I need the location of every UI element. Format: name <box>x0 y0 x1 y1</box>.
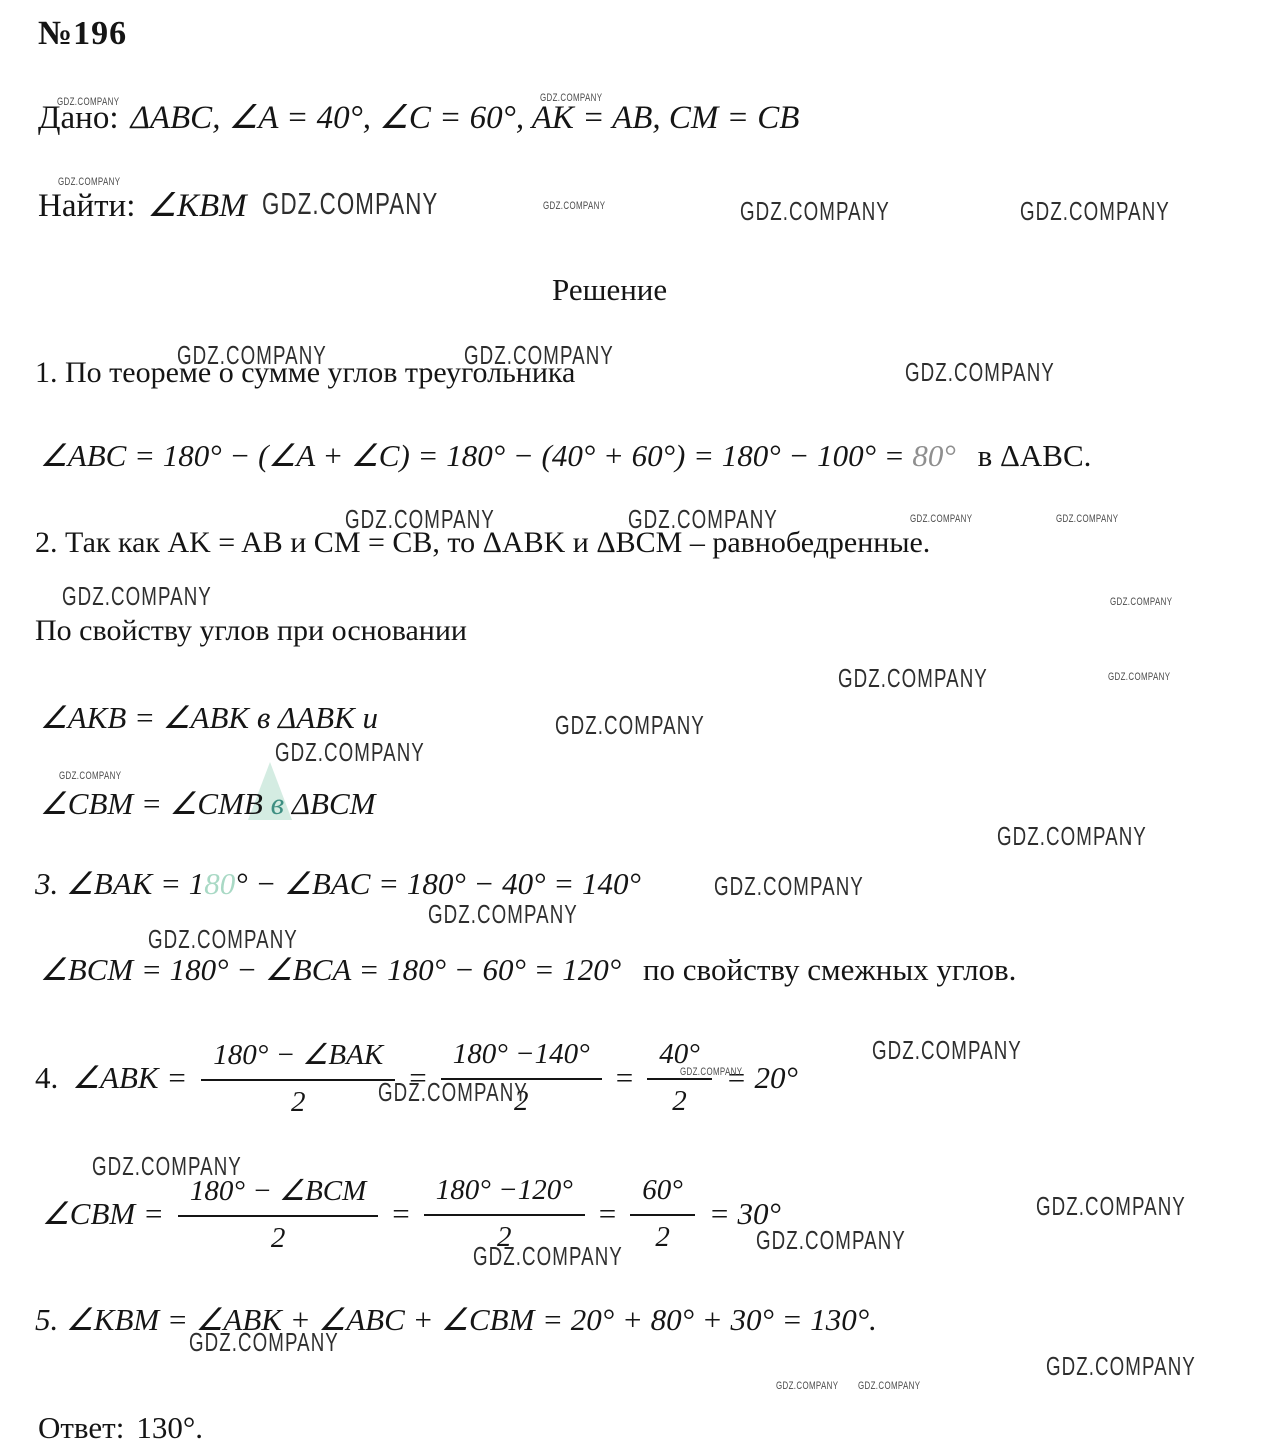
watermark: GDZ.COMPANY <box>177 340 327 371</box>
watermark: GDZ.COMPANY <box>628 504 778 535</box>
watermark: GDZ.COMPANY <box>1108 671 1170 683</box>
watermark: GDZ.COMPANY <box>189 1327 339 1358</box>
step5-equation: 5. ∠KBM = ∠ABK + ∠ABC + ∠CBM = 20° + 80°… <box>35 1302 877 1338</box>
watermark: GDZ.COMPANY <box>59 770 121 782</box>
answer-value: 130°. <box>136 1410 203 1445</box>
cbm-prefix: ∠CBM = ∠CMB <box>40 786 271 821</box>
step4-lhs: ∠ABK = <box>72 1060 187 1096</box>
angle-akb-line: ∠AKB = ∠ABK в ΔABK и <box>40 700 378 736</box>
watermark: GDZ.COMPANY <box>540 92 602 104</box>
fraction-denominator: 2 <box>178 1217 378 1255</box>
fraction-numerator: 60° <box>630 1174 695 1216</box>
equals-sign: = <box>616 1060 633 1096</box>
watermark: GDZ.COMPANY <box>910 513 972 525</box>
watermark: GDZ.COMPANY <box>428 899 578 930</box>
answer-label: Ответ: <box>38 1410 124 1445</box>
watermark: GDZ.COMPANY <box>858 1380 920 1392</box>
watermark: GDZ.COMPANY <box>275 737 425 768</box>
step3a-prefix: 3. ∠BAK = 1 <box>35 866 204 901</box>
watermark: GDZ.COMPANY <box>148 924 298 955</box>
watermark: GDZ.COMPANY <box>345 504 495 535</box>
fraction: 60° 2 <box>630 1174 695 1254</box>
step3-bak-line: 3. ∠BAK = 180° − ∠BAC = 180° − 40° = 140… <box>35 866 641 902</box>
problem-number: №196 <box>38 14 127 53</box>
step1-note: в ΔABC. <box>978 438 1092 473</box>
fraction-denominator: 2 <box>201 1081 395 1119</box>
angle-cbm-line: ∠CBM = ∠CMB в ΔBCM <box>40 786 375 822</box>
watermark: GDZ.COMPANY <box>58 176 120 188</box>
watermark: GDZ.COMPANY <box>776 1380 838 1392</box>
watermark: GDZ.COMPANY <box>1020 196 1170 227</box>
step2-property-text: По свойству углов при основании <box>35 614 467 649</box>
step4b-lhs: ∠CBM = <box>42 1196 164 1232</box>
find-line: Найти:∠KBM <box>38 188 247 226</box>
find-label: Найти: <box>38 188 135 224</box>
fraction: 180° − ∠BAK 2 <box>201 1037 395 1119</box>
cbm-suffix: ΔBCM <box>284 786 375 821</box>
watermark: GDZ.COMPANY <box>714 871 864 902</box>
watermark: GDZ.COMPANY <box>464 340 614 371</box>
watermark: GDZ.COMPANY <box>555 710 705 741</box>
given-line: Дано:ΔABC, ∠A = 40°, ∠C = 60°, AK = AB, … <box>38 100 799 138</box>
watermark: GDZ.COMPANY <box>997 821 1147 852</box>
step1-formula: ∠ABC = 180° − (∠A + ∠C) = 180° − (40° + … <box>40 438 905 473</box>
watermark: GDZ.COMPANY <box>872 1035 1022 1066</box>
watermark: GDZ.COMPANY <box>378 1077 528 1108</box>
fraction-denominator: 2 <box>630 1216 695 1254</box>
find-formula: ∠KBM <box>147 188 246 224</box>
fraction-numerator: 180° −120° <box>424 1174 585 1216</box>
step3-bcm-line: ∠BCM = 180° − ∠BCA = 180° − 60° = 120° п… <box>40 952 1016 988</box>
watermark: GDZ.COMPANY <box>92 1151 242 1182</box>
watermark: GDZ.COMPANY <box>57 96 119 108</box>
fraction: 40° 2 <box>647 1038 712 1118</box>
scanned-solution-page: GDZ.COMPANYGDZ.COMPANYGDZ.COMPANYGDZ.COM… <box>0 0 1271 1453</box>
step1-equation: ∠ABC = 180° − (∠A + ∠C) = 180° − (40° + … <box>40 438 1091 474</box>
watermark: GDZ.COMPANY <box>543 200 605 212</box>
watermark: GDZ.COMPANY <box>262 186 438 222</box>
equals-sign: = <box>392 1196 409 1232</box>
watermark: GDZ.COMPANY <box>680 1066 742 1078</box>
answer-line: Ответ:130°. <box>38 1410 203 1446</box>
watermark: GDZ.COMPANY <box>756 1225 906 1256</box>
watermark: GDZ.COMPANY <box>1036 1191 1186 1222</box>
equals-sign: = <box>599 1196 616 1232</box>
watermark: GDZ.COMPANY <box>1046 1351 1196 1382</box>
step3a-highlight: 80 <box>204 866 235 901</box>
watermark: GDZ.COMPANY <box>905 357 1055 388</box>
watermark: GDZ.COMPANY <box>1110 596 1172 608</box>
watermark: GDZ.COMPANY <box>838 663 988 694</box>
fraction-numerator: 180° − ∠BAK <box>201 1037 395 1081</box>
solution-heading: Решение <box>552 272 667 308</box>
given-formula: ΔABC, ∠A = 40°, ∠C = 60°, AK = AB, CM = … <box>131 100 800 136</box>
watermark: GDZ.COMPANY <box>473 1241 623 1272</box>
step3a-suffix: ° − ∠BAC = 180° − 40° = 140° <box>235 866 641 901</box>
watermark: GDZ.COMPANY <box>740 196 890 227</box>
step3b-formula: ∠BCM = 180° − ∠BCA = 180° − 60° = 120° <box>40 952 621 987</box>
cbm-highlight: в <box>271 786 284 821</box>
fraction: 180° − ∠BCM 2 <box>178 1173 378 1255</box>
step1-faded-value: 80° <box>912 438 955 473</box>
step3b-note: по свойству смежных углов. <box>643 952 1016 987</box>
fraction-denominator: 2 <box>647 1080 712 1118</box>
step4-label: 4. <box>35 1060 58 1096</box>
fraction-numerator: 180° −140° <box>441 1038 602 1080</box>
watermark: GDZ.COMPANY <box>62 581 212 612</box>
watermark: GDZ.COMPANY <box>1056 513 1118 525</box>
